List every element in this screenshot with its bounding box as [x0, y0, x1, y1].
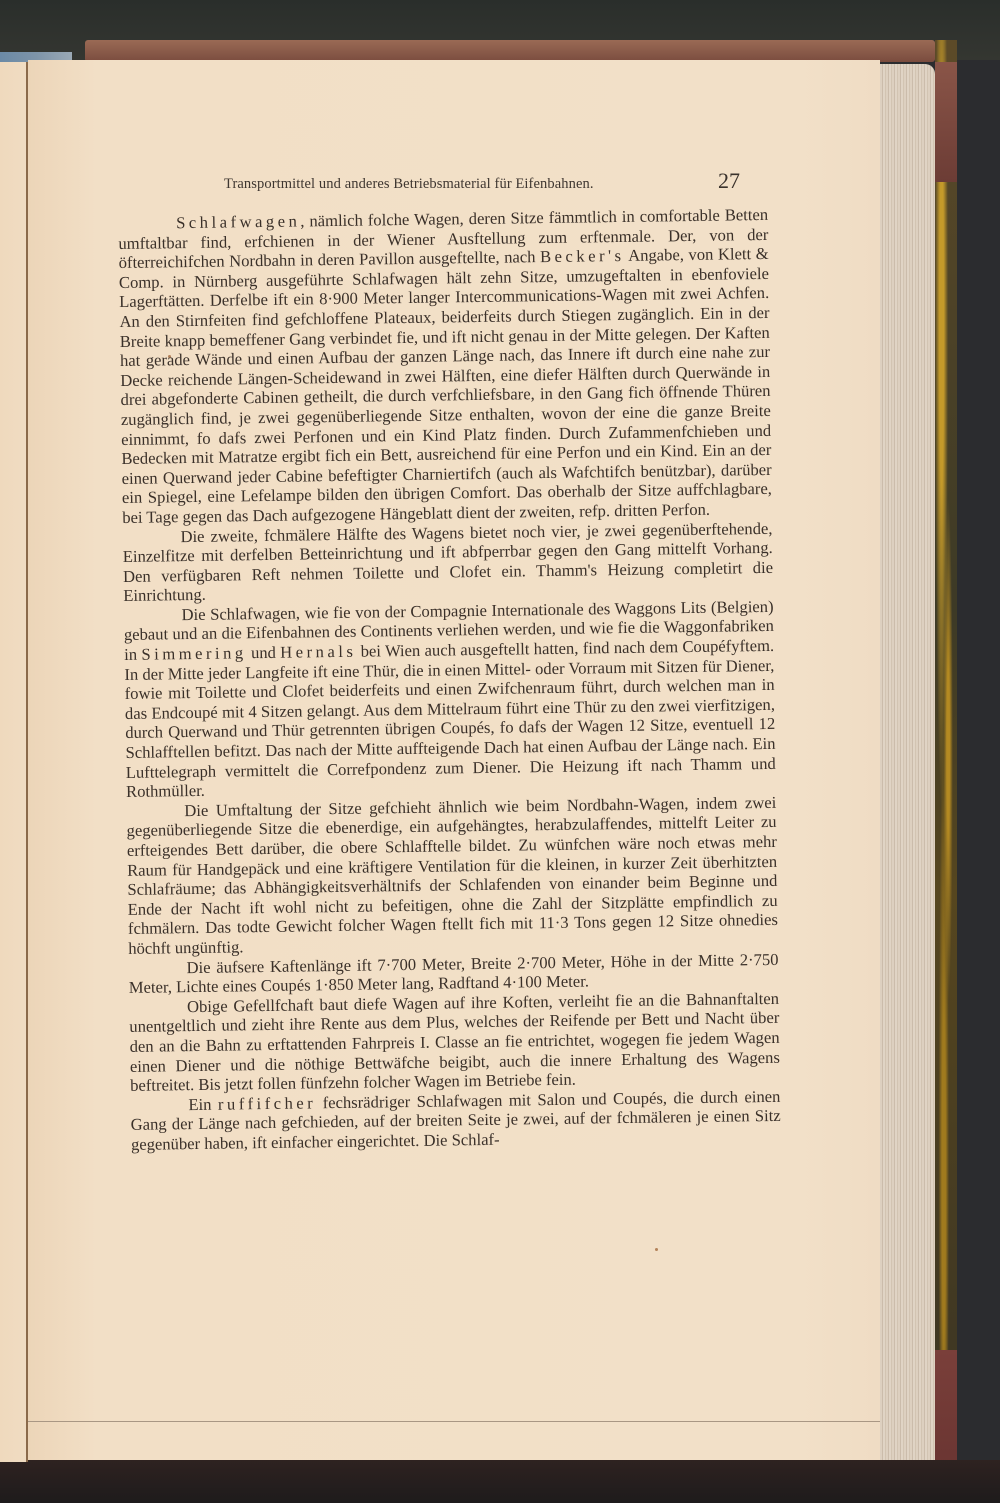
paragraph-7: Ein ruffifcher fechsrädriger Schlafwagen… — [130, 1087, 781, 1155]
paragraph-2: Die zweite, fchmälere Hälfte des Wagens … — [122, 518, 773, 605]
running-head: Transportmittel und anderes Betriebsmate… — [224, 176, 744, 193]
emphasis-term: Schlafwagen — [176, 211, 300, 232]
marbled-cover-edge — [935, 40, 957, 1460]
paragraph-4: Die Umftaltung der Sitze gefchieht ähnli… — [126, 793, 778, 959]
facing-page-edge — [0, 62, 28, 1462]
page-fold-line — [28, 1421, 880, 1422]
body-text: Schlafwagen, nämlich folche Wagen, deren… — [118, 205, 781, 1154]
page-block-edges — [880, 64, 935, 1460]
book-cover-bottom — [0, 1460, 1000, 1503]
leather-corner-bottom — [935, 1350, 957, 1470]
emphasis-name: Becker's — [540, 246, 625, 266]
emphasis-term: ruffifcher — [218, 1093, 317, 1113]
emphasis-place: Hernals — [280, 642, 356, 662]
leather-corner-top — [935, 62, 957, 182]
page-number: 27 — [718, 168, 740, 194]
book-headband — [85, 40, 935, 62]
paper-speck — [655, 1248, 658, 1251]
emphasis-place: Simmering — [141, 643, 247, 663]
paragraph-6: Obige Gefellfchaft baut diefe Wagen auf … — [129, 989, 780, 1096]
paragraph-1: Schlafwagen, nämlich folche Wagen, deren… — [118, 205, 772, 528]
paragraph-3: Die Schlafwagen, wie fie von der Compagn… — [123, 597, 776, 802]
